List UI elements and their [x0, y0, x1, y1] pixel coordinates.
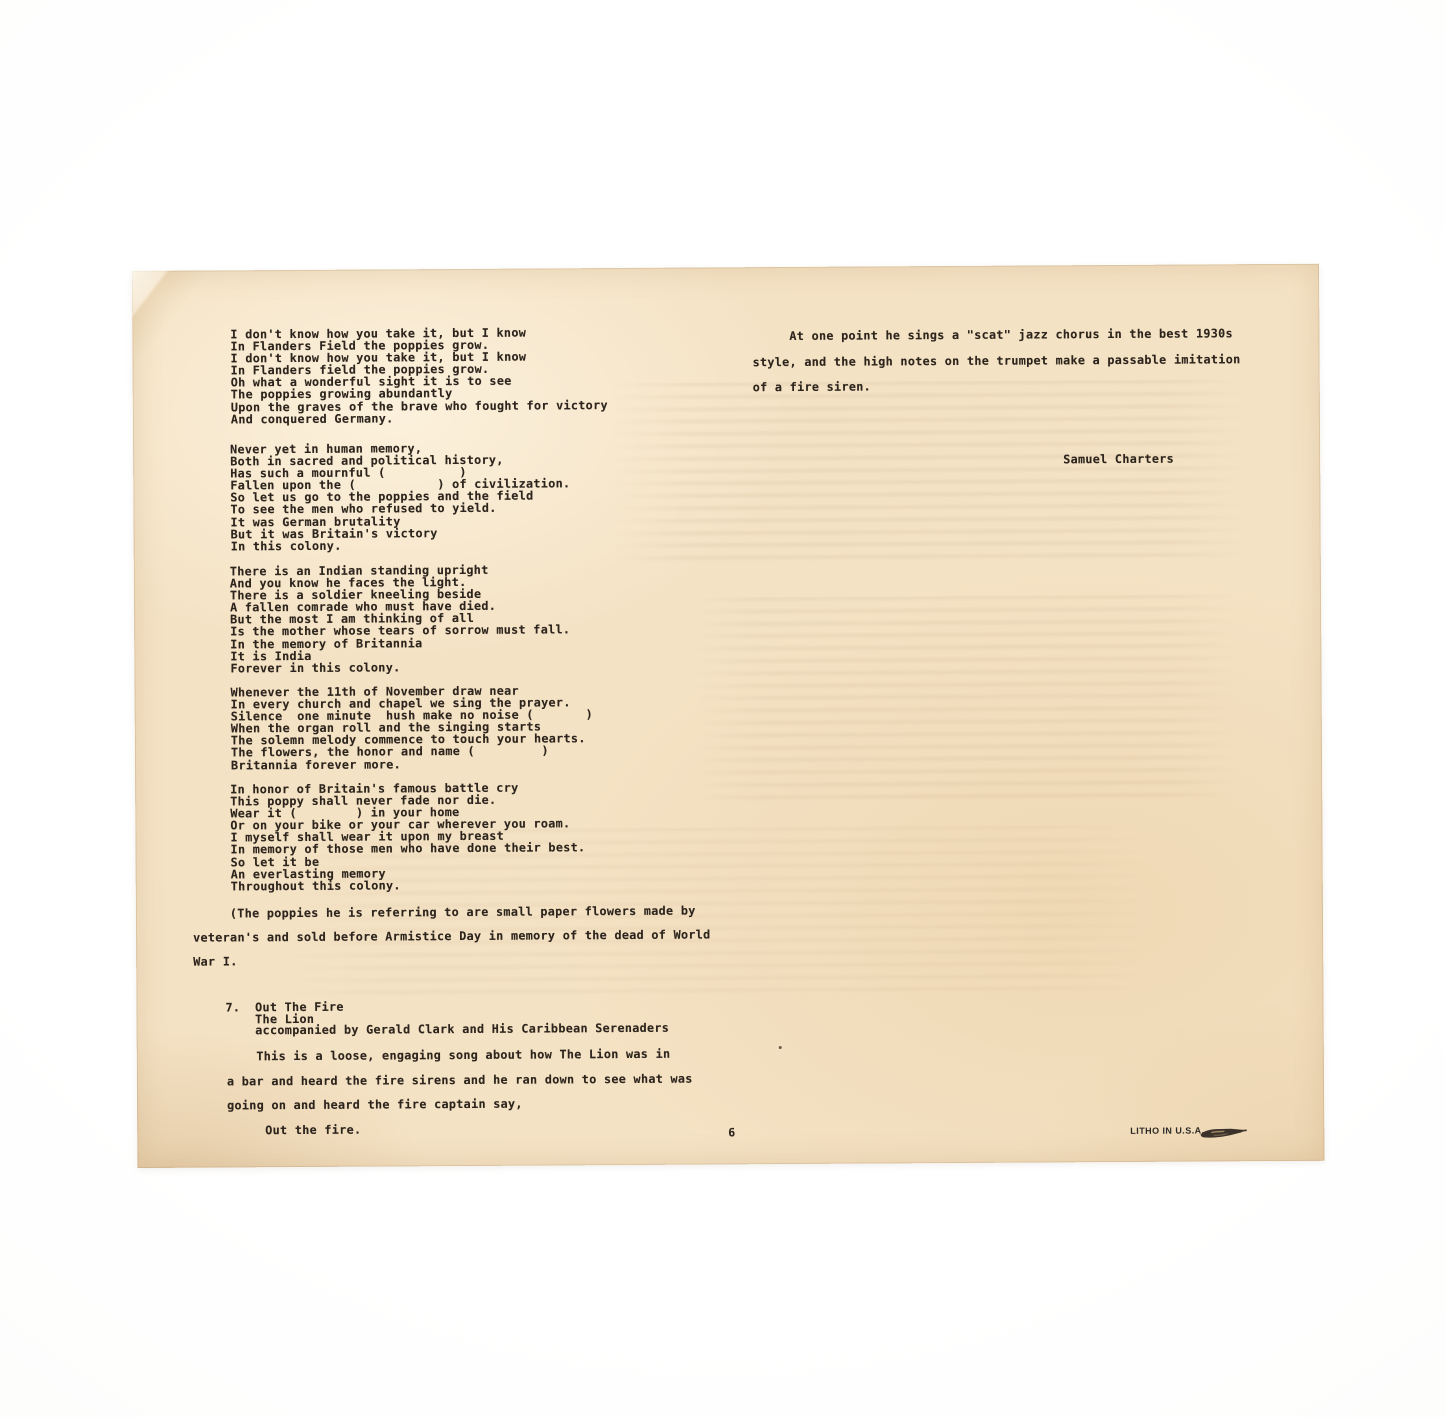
poem-stanza-1: I don't know how you take it, but I know… [230, 326, 608, 425]
poppies-note-paragraph: (The poppies he is referring to are smal… [193, 898, 711, 974]
liner-notes-page: I don't know how you take it, but I know… [132, 264, 1324, 1168]
ink-bleedthrough [694, 594, 1235, 807]
track-7-description: This is a loose, engaging song about how… [227, 1042, 693, 1119]
poem-stanza-3: There is an Indian standing upright And … [230, 563, 571, 674]
track-7-quote: Out the fire. [265, 1124, 361, 1137]
track-7-heading: 7. Out The Fire The Lion accompanied by … [225, 1000, 669, 1037]
page-number: 6 [728, 1126, 735, 1138]
poem-stanza-5: In honor of Britain's famous battle cry … [230, 781, 586, 892]
litho-mark-text: LITHO IN U.S.A. [1130, 1125, 1204, 1135]
poem-stanza-2: Never yet in human memory, Both in sacre… [230, 441, 571, 552]
poem-stanza-4: Whenever the 11th of November draw near … [231, 684, 594, 771]
author-signature: Samuel Charters [1063, 453, 1174, 466]
ink-bleedthrough [613, 379, 1244, 568]
scat-chorus-paragraph: At one point he sings a "scat" jazz chor… [752, 321, 1240, 400]
litho-union-bug-icon [1197, 1124, 1247, 1140]
scan-background: I don't know how you take it, but I know… [0, 0, 1445, 1417]
stray-ink-dot [779, 1046, 782, 1049]
